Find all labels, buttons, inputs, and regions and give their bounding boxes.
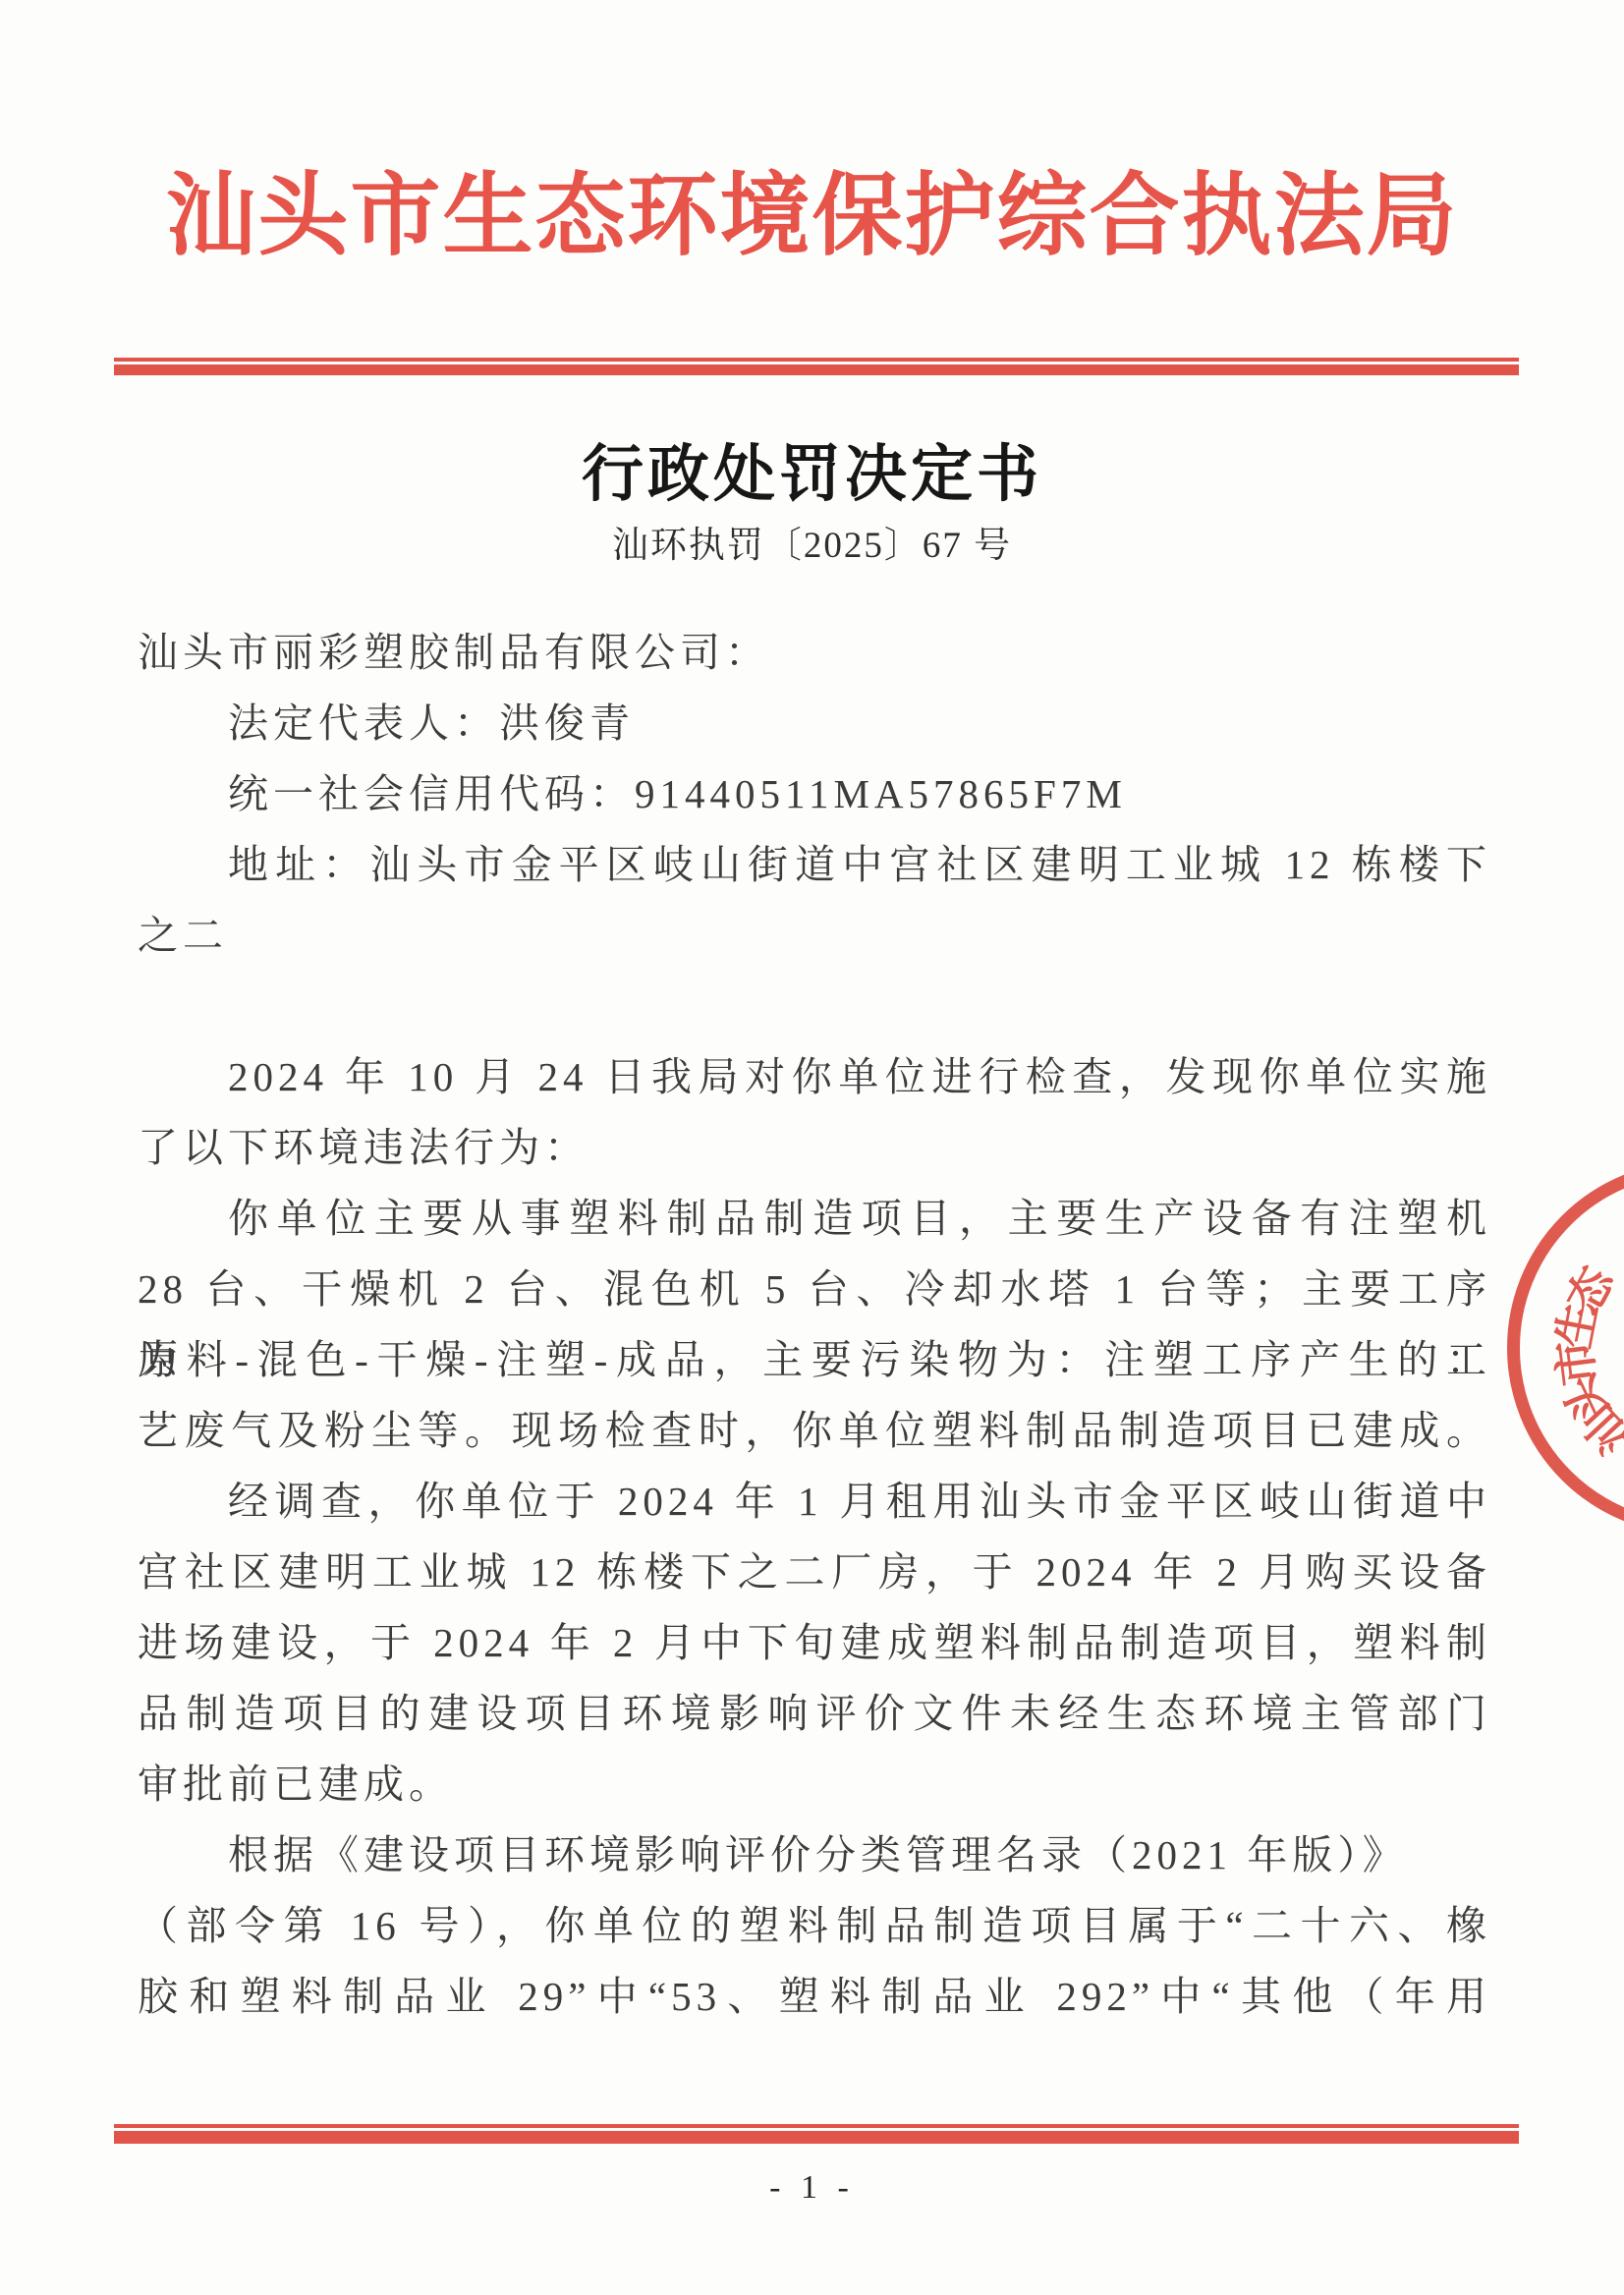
body-line: 根据《建设项目环境影响评价分类管理名录（2021 年版）》 (138, 1819, 1491, 1890)
header-rule-thick (114, 364, 1519, 375)
body-line: 进场建设，于 2024 年 2 月中下旬建成塑料制品制造项目，塑料制 (138, 1607, 1491, 1678)
official-seal: 汕头市生态 (1507, 1161, 1624, 1535)
document-body: 汕头市丽彩塑胶制品有限公司：法定代表人：洪俊青统一社会信用代码：91440511… (138, 617, 1491, 2032)
footer-rule-thick (114, 2131, 1519, 2144)
body-line: 胶和塑料制品业 29”中“53、塑料制品业 292”中“其他（年用 (138, 1961, 1491, 2032)
body-line: 地址：汕头市金平区岐山街道中宫社区建明工业城 12 栋楼下 (138, 829, 1491, 900)
header-rule-thin (114, 358, 1519, 362)
body-line: （部令第 16 号），你单位的塑料制品制造项目属于“二十六、橡 (138, 1890, 1491, 1961)
body-line: 宫社区建明工业城 12 栋楼下之二厂房，于 2024 年 2 月购买设备 (138, 1537, 1491, 1607)
body-line: 2024 年 10 月 24 日我局对你单位进行检查，发现你单位实施 (138, 1041, 1491, 1112)
body-line: 了以下环境违法行为： (138, 1112, 1491, 1183)
body-line: 法定代表人：洪俊青 (138, 688, 1491, 758)
body-line: 你单位主要从事塑料制品制造项目，主要生产设备有注塑机 (138, 1183, 1491, 1254)
body-line: 艺废气及粉尘等。现场检查时，你单位塑料制品制造项目已建成。 (138, 1395, 1491, 1466)
body-blank-line (138, 971, 1491, 1041)
body-line: 28 台、干燥机 2 台、混色机 5 台、冷却水塔 1 台等；主要工序为： (138, 1254, 1491, 1324)
body-line: 经调查，你单位于 2024 年 1 月租用汕头市金平区岐山街道中 (138, 1466, 1491, 1537)
body-line: 品制造项目的建设项目环境影响评价文件未经生态环境主管部门 (138, 1678, 1491, 1749)
body-line: 原料-混色-干燥-注塑-成品，主要污染物为：注塑工序产生的工 (138, 1324, 1491, 1395)
document-number: 汕环执罚〔2025〕67 号 (0, 515, 1624, 568)
agency-letterhead-title: 汕头市生态环境保护综合执法局 (0, 143, 1624, 273)
body-line: 统一社会信用代码：91440511MA57865F7M (138, 758, 1491, 829)
document-title: 行政处罚决定书 (0, 424, 1624, 514)
body-line: 汕头市丽彩塑胶制品有限公司： (138, 617, 1491, 688)
body-line: 审批前已建成。 (138, 1749, 1491, 1819)
footer-rule-thin (114, 2124, 1519, 2128)
document-page: 汕头市生态环境保护综合执法局 行政处罚决定书 汕环执罚〔2025〕67 号 汕头… (0, 0, 1624, 2295)
body-line: 之二 (138, 900, 1491, 971)
page-number: - 1 - (0, 2169, 1624, 2207)
